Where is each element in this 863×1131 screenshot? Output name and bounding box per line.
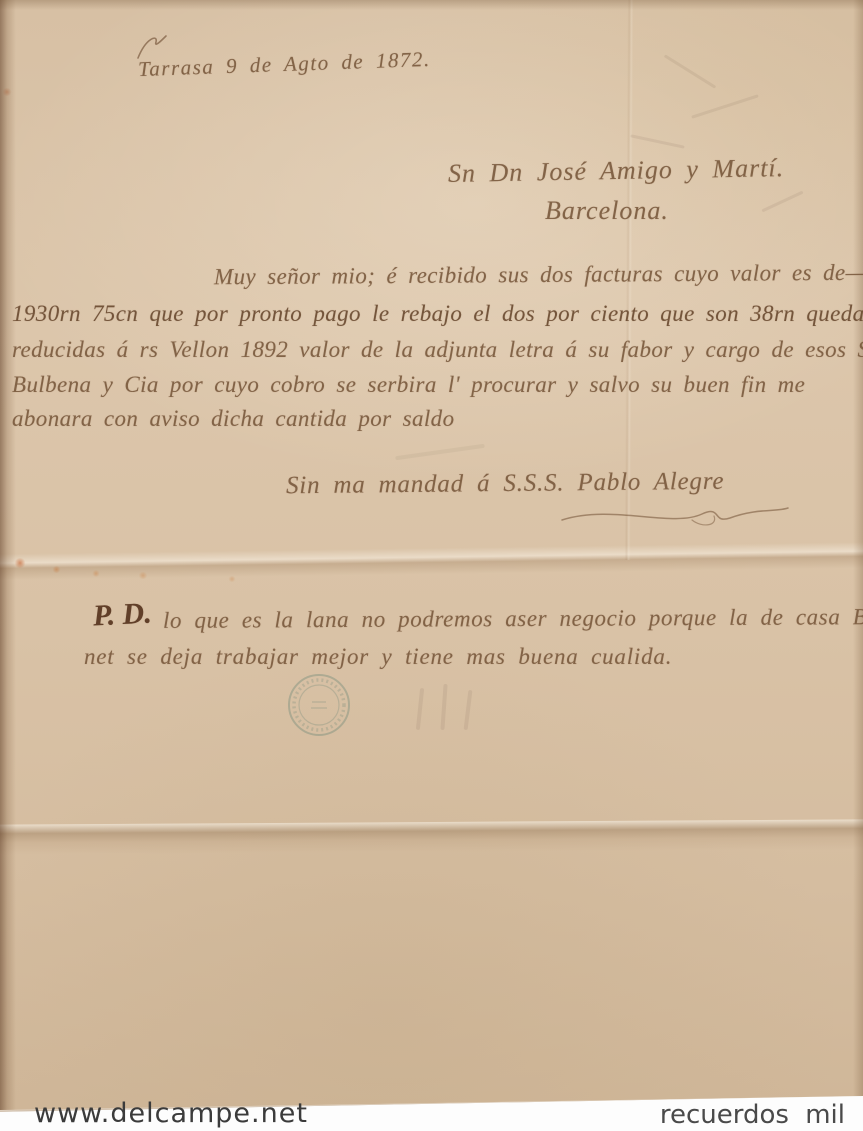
postscript-line: lo que es la lana no podremos aser negoc… (163, 604, 863, 634)
letter-paper: Tarrasa 9 de Agto de 1872. Sn Dn José Am… (0, 0, 863, 1131)
watermark-delcampe: www.delcampe.net (34, 1098, 308, 1129)
watermark-seller: recuerdos mil (660, 1100, 845, 1130)
foxing-stain (138, 572, 148, 579)
body-line: 1930rn 75cn que por pronto pago le rebaj… (12, 301, 863, 327)
body-line: abonara con aviso dicha cantida por sald… (12, 406, 455, 432)
foxing-stain (14, 558, 26, 568)
foxing-stain (92, 570, 100, 577)
postscript-label: P. D. (92, 596, 152, 633)
signature-flourish (552, 490, 792, 532)
ink-showthrough-mark (691, 94, 759, 118)
addressee-name: Sn Dn José Amigo y Martí. (448, 153, 785, 189)
horizontal-fold-crease (0, 819, 863, 854)
body-line: Muy señor mio; é recibido sus dos factur… (214, 260, 863, 291)
foxing-stain (52, 566, 61, 573)
body-line: reducidas á rs Vellon 1892 valor de la a… (12, 337, 863, 363)
ink-showthrough-mark (761, 191, 803, 213)
postmark-stamp (286, 672, 352, 738)
body-line: Bulbena y Cia por cuyo cobro se serbira … (12, 372, 805, 398)
scanned-letter-page: { "letter": { "date_line": "Tarrasa 9 de… (0, 0, 863, 1131)
foxing-stain (2, 88, 12, 96)
addressee-city: Barcelona. (545, 196, 669, 226)
ink-showthrough-mark (395, 444, 485, 460)
paper-right-edge-shadow (853, 0, 863, 1100)
paper-left-edge-shadow (0, 0, 16, 1110)
foxing-stain (228, 576, 236, 582)
postscript-line: net se deja trabajar mejor y tiene mas b… (84, 644, 672, 670)
ink-showthrough-mark (464, 690, 473, 730)
paper-top-edge-shadow (0, 0, 863, 10)
ink-showthrough-mark (416, 688, 424, 730)
ink-showthrough-mark (664, 54, 716, 88)
date-line: Tarrasa 9 de Agto de 1872. (138, 47, 431, 82)
horizontal-fold-crease (0, 542, 863, 580)
ink-showthrough-mark (630, 134, 684, 148)
ink-showthrough-mark (440, 684, 447, 730)
